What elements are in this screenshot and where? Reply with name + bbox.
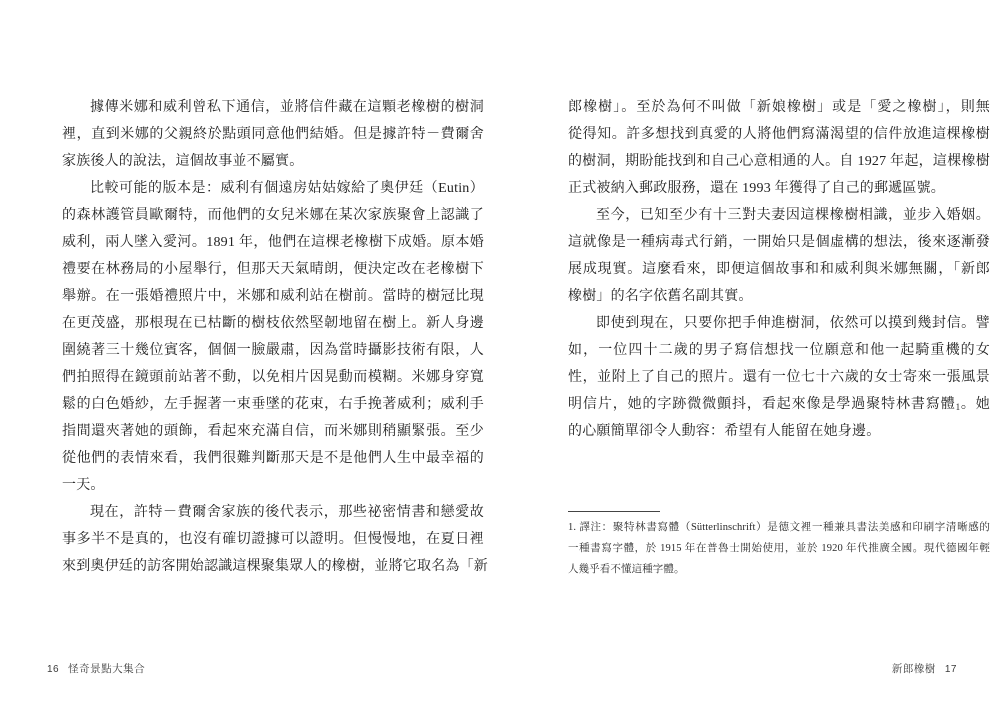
text-line: 在更茂盛，那根現在已枯斷的樹枝依然堅韌地留在樹上。新人身邊 (62, 310, 484, 337)
text-line: 們拍照得在鏡頭前站著不動，以免相片因晃動而模糊。米娜身穿寬 (62, 364, 484, 391)
text-line: 至今，已知至少有十三對夫妻因這棵橡樹相識，並步入婚姻。 (568, 202, 990, 229)
text-line: 指間還夾著她的頭飾，看起來充滿自信，而米娜則稍顯緊張。至少 (62, 418, 484, 445)
right-page-footer: 新郎橡樹17 (892, 661, 957, 676)
text-line: 從得知。許多想找到真愛的人將他們寫滿渴望的信件放進這棵橡樹 (568, 121, 990, 148)
text-line: 事多半不是真的，也沒有確切證據可以證明。但慢慢地，在夏日裡 (62, 526, 484, 553)
text-line: 的森林護管員歐爾特，而他們的女兒米娜在某次家族聚會上認識了 (62, 202, 484, 229)
text-line: 舉辦。在一張婚禮照片中，米娜和威利站在樹前。當時的樹冠比現 (62, 283, 484, 310)
text-line: 裡，直到米娜的父親終於點頭同意他們結婚。但是據許特－費爾舍 (62, 121, 484, 148)
right-page-number: 17 (945, 664, 957, 675)
text-line: 如，一位四十二歲的男子寫信想找一位願意和他一起騎重機的女 (568, 337, 990, 364)
text-line: 從他們的表情來看，我們很難判斷那天是不是他們人生中最幸福的 (62, 445, 484, 472)
text-line: 鬆的白色婚紗，左手握著一束垂墜的花束，右手挽著威利；威利手 (62, 391, 484, 418)
text-line: 郎橡樹」。至於為何不叫做「新娘橡樹」或是「愛之橡樹」，則無 (568, 94, 990, 121)
left-page-number: 16 (47, 664, 59, 675)
text-line: 一天。 (62, 472, 484, 499)
text-line: 展成現實。這麼看來，即便這個故事和和威利與米娜無關，「新郎 (568, 256, 990, 283)
footnote: 1. 譯注：聚特林書寫體（Sütterlinschrift）是德文裡一種兼具書法… (568, 511, 990, 580)
footnote-text: 1. 譯注：聚特林書寫體（Sütterlinschrift）是德文裡一種兼具書法… (568, 517, 990, 580)
left-page-text: 據傳米娜和威利曾私下通信，並將信件藏在這顆老橡樹的樹洞裡，直到米娜的父親終於點頭… (62, 94, 484, 580)
book-title: 怪奇景點大集合 (68, 664, 145, 675)
text-line: 一種書寫字體，於 1915 年在普魯士開始使用，並於 1920 年代推廣全國。現… (568, 538, 990, 559)
text-segment: 。她 (960, 397, 990, 412)
footnote-rule (568, 511, 660, 512)
text-line: 的心願簡單卻令人動容：希望有人能留在她身邊。 (568, 418, 990, 445)
text-line: 現在，許特－費爾舍家族的後代表示，那些祕密情書和戀愛故 (62, 499, 484, 526)
text-line: 即使到現在，只要你把手伸進樹洞，依然可以摸到幾封信。譬 (568, 310, 990, 337)
right-page-text: 郎橡樹」。至於為何不叫做「新娘橡樹」或是「愛之橡樹」，則無從得知。許多想找到真愛… (568, 94, 990, 445)
text-line: 性，並附上了自己的照片。還有一位七十六歲的女士寄來一張風景 (568, 364, 990, 391)
text-line: 明信片，她的字跡微微顫抖，看起來像是學過聚特林書寫體1。她 (568, 391, 990, 418)
text-line: 家族後人的說法，這個故事並不屬實。 (62, 148, 484, 175)
book-spread: 據傳米娜和威利曾私下通信，並將信件藏在這顆老橡樹的樹洞裡，直到米娜的父親終於點頭… (0, 0, 1000, 706)
text-line: 1. 譯注：聚特林書寫體（Sütterlinschrift）是德文裡一種兼具書法… (568, 517, 990, 538)
text-line: 的樹洞，期盼能找到和自己心意相通的人。自 1927 年起，這棵橡樹 (568, 148, 990, 175)
text-line: 圍繞著三十幾位賓客，個個一臉嚴肅，因為當時攝影技術有限，人 (62, 337, 484, 364)
text-segment: 明信片，她的字跡微微顫抖，看起來像是學過聚特林書寫體 (568, 397, 956, 412)
text-line: 來到奧伊廷的訪客開始認識這棵聚集眾人的橡樹，並將它取名為「新 (62, 553, 484, 580)
left-page-footer: 16怪奇景點大集合 (47, 661, 145, 676)
text-line: 據傳米娜和威利曾私下通信，並將信件藏在這顆老橡樹的樹洞 (62, 94, 484, 121)
text-line: 人幾乎看不懂這種字體。 (568, 559, 990, 580)
text-line: 威利，兩人墜入愛河。1891 年，他們在這棵老橡樹下成婚。原本婚 (62, 229, 484, 256)
text-line: 橡樹」的名字依舊名副其實。 (568, 283, 990, 310)
chapter-title: 新郎橡樹 (892, 664, 936, 675)
text-line: 正式被納入郵政服務，還在 1993 年獲得了自己的郵遞區號。 (568, 175, 990, 202)
text-line: 禮要在林務局的小屋舉行，但那天天氣晴朗，便決定改在老橡樹下 (62, 256, 484, 283)
text-line: 這就像是一種病毒式行銷，一開始只是個虛構的想法，後來逐漸發 (568, 229, 990, 256)
text-line: 比較可能的版本是：威利有個遠房姑姑嫁給了奧伊廷（Eutin） (62, 175, 484, 202)
